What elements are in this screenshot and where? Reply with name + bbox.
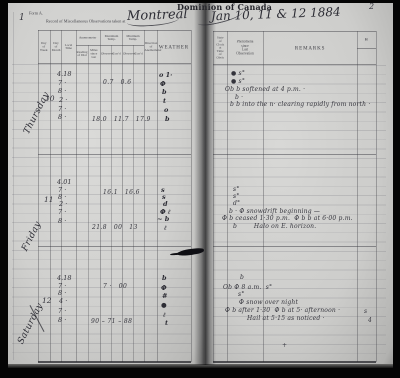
weather-symbol: b [165, 115, 170, 123]
weather-symbol: Φ [161, 284, 167, 292]
time-entry: 7 · [58, 79, 66, 87]
remark-line: b Halo on E. horizon. [233, 223, 316, 230]
column-line [213, 31, 214, 362]
initials-cell-line [357, 48, 376, 49]
weather-symbol: d [163, 200, 168, 208]
margin-mark: + [282, 342, 287, 349]
column-line [357, 31, 358, 362]
temperature-readings: 90 – 71 – 88 [91, 318, 132, 325]
remark-line: Hail at 5·15 as noticed · [247, 315, 325, 322]
remark-line: Ob b softened at 4 p.m. · [225, 86, 305, 93]
temperature-readings: 21.8 00 13 [92, 224, 138, 231]
weather-symbol: b [162, 274, 167, 282]
weather-symbol: o [164, 106, 168, 114]
table-bottom-line [213, 361, 376, 363]
time-entry: 4.18 [57, 70, 71, 78]
day-of-month: 12 [42, 296, 52, 305]
time-entry: 7 · [58, 208, 66, 216]
temperature-readings: 18.0 11.7 17.9 [92, 116, 151, 123]
column-line [76, 30, 77, 362]
remark-line: s° [238, 291, 244, 298]
weather-symbol: ℓ [164, 224, 167, 232]
group-separator-line [213, 154, 376, 155]
temperature-readings: 16.1 16.6 [103, 189, 140, 196]
remark-line: Φ b ceased 1·30 p.m. Φ b b at 6·00 p.m. [222, 215, 353, 222]
weather-symbol: ~ b [157, 215, 169, 223]
remark-line: s° [233, 193, 239, 200]
header-min-observed: Observed [122, 45, 133, 62]
header-min-temp: Minimum Temp. [122, 31, 144, 44]
column-line [111, 45, 112, 362]
day-of-month: 11 [44, 195, 54, 204]
remark-line: Ob Φ 8 a.m. s° [223, 284, 272, 291]
header-min-corrected: Corr'd [133, 45, 144, 62]
weather-symbol: b [162, 88, 167, 96]
group-separator-line [213, 246, 376, 247]
header-bottom-line [38, 63, 191, 64]
page-number: 2 [369, 2, 374, 11]
header-initials: H [357, 33, 376, 48]
remark-line: Φ b after 1·30 Φ b at 5· afternoon · [225, 307, 340, 314]
header-max-temp: Maximum Temp. [100, 31, 122, 44]
column-line [100, 30, 101, 362]
header-anemometer: Anemometer [76, 31, 100, 44]
time-entry: 4.18 [57, 274, 71, 282]
remark-line: b b into the n· clearing rapidly from no… [230, 101, 370, 108]
weather-symbol: o 1· [159, 71, 172, 79]
group-separator-line [38, 246, 191, 247]
record-line: Record of Miscellaneous Observations tak… [46, 19, 125, 24]
header-day-of-month: Day of Month [50, 32, 61, 62]
header-clock-state: State ofClock atTime ofObs'n [213, 33, 227, 63]
time-entry: 2 · [59, 200, 67, 208]
column-line [144, 30, 145, 362]
column-line [376, 31, 377, 362]
weather-symbol: t [163, 97, 166, 105]
remark-line: ● s° [231, 70, 245, 77]
weather-symbol: ℓ [163, 311, 166, 319]
margin-mark: 4 [368, 317, 372, 324]
temperature-readings: 0.7 0.6 [103, 79, 131, 86]
time-entry: 8 · [58, 87, 66, 95]
header-max-observed: Observed [100, 45, 111, 62]
header-anemometer-miles: Miles since last [88, 45, 100, 62]
remark-line: b · [235, 94, 243, 101]
temperature-readings: 7 · 00 [103, 283, 127, 290]
column-line [191, 30, 192, 362]
page-gutter-line [13, 12, 14, 360]
header-bottom-line [213, 64, 376, 65]
time-entry: 4 · [59, 297, 67, 305]
time-entry: 2 · [59, 96, 67, 104]
time-entry: 4.01 [57, 178, 71, 186]
remark-line: s° [233, 186, 239, 193]
header-weather: WEATHER [157, 32, 191, 62]
page-bottom-edge [8, 364, 393, 368]
day-of-month: 10 [45, 94, 55, 103]
form-label: Form A. [29, 11, 43, 16]
time-entry: 8 · [58, 217, 66, 225]
header-local-time: Local Time [61, 32, 76, 62]
time-entry: 7 · [58, 307, 66, 315]
time-entry: 8 · [58, 316, 66, 324]
header-phenomena: Phenomena sinceLast Observation [227, 33, 263, 63]
group-separator-line [38, 154, 191, 155]
photo-background: Form A. Record of Miscellaneous Observat… [0, 0, 400, 378]
time-entry: 7 · [58, 105, 66, 113]
remark-line: ● s° [231, 78, 245, 85]
header-anemometer-dial: Reading of Dial [76, 45, 88, 62]
remark-line: b [240, 274, 244, 281]
header-direction: Direction of Anemometer [144, 32, 157, 62]
remark-line: b · Φ snowdrift beginning — [229, 208, 320, 215]
weather-symbol: ● [161, 301, 167, 309]
margin-mark: s [364, 308, 367, 315]
table-bottom-line [38, 361, 191, 363]
weather-symbol: # [162, 292, 167, 300]
sheet-number: 1 [19, 13, 25, 23]
weather-symbol: t [165, 319, 168, 327]
header-max-corrected: Corr'd [111, 45, 122, 62]
header-top-line [213, 31, 376, 32]
remark-line: Φ snow over night [239, 299, 298, 306]
header-day-of-week: Day of Week [38, 32, 50, 62]
column-line [88, 45, 89, 362]
column-line [157, 30, 158, 362]
time-entry: 8 · [58, 113, 66, 121]
time-entry: 8 · [58, 289, 66, 297]
column-line [133, 45, 134, 362]
weather-symbol: Φ [160, 80, 166, 88]
remark-line: d° [233, 200, 240, 207]
header-remarks: REMARKS [263, 33, 357, 63]
